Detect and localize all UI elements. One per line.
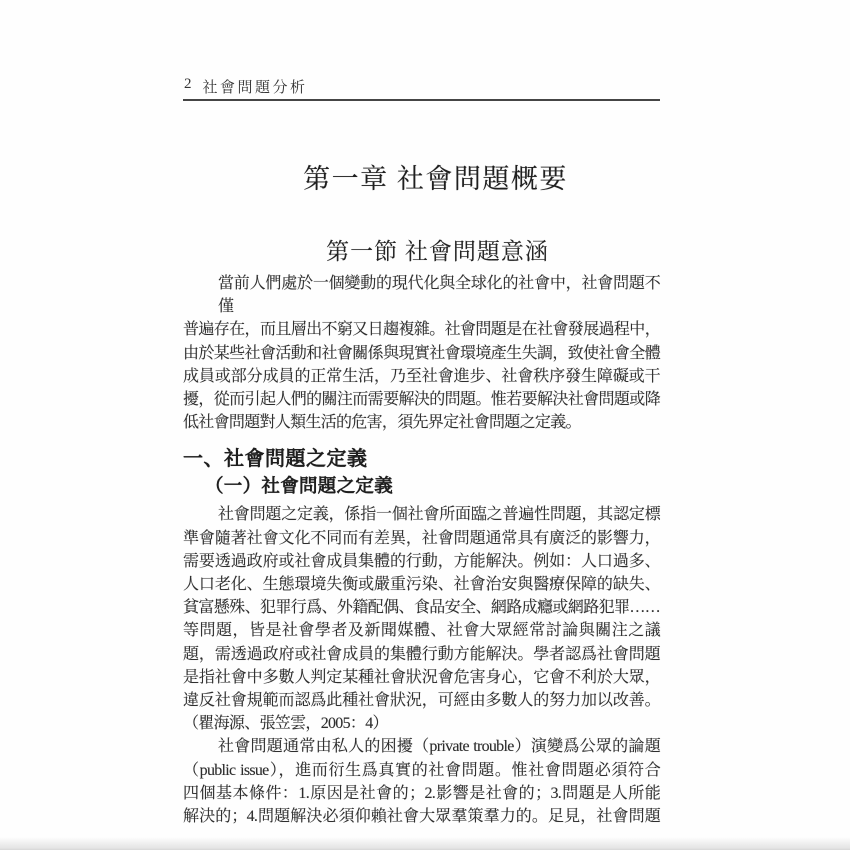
text-line: 成員或部分成員的正常生活，乃至社會進步、社會秩序發生障礙或干	[183, 365, 660, 388]
running-title: 社會問題分析	[203, 76, 308, 97]
paragraph: 當前人們處於一個變動的現代化與全球化的社會中，社會問題不僅普遍存在，而且層出不窮…	[183, 272, 660, 434]
text-line: 普遍存在，而且層出不窮又日趨複雜。社會問題是在社會發展過程中，	[183, 318, 660, 341]
text-line: 題，需透過政府或社會成員的集體行動方能解決。學者認爲社會問題	[183, 643, 660, 666]
chapter-title: 第一章 社會問題概要	[197, 157, 674, 196]
book-page: 2 社會問題分析 第一章 社會問題概要 第一節 社會問題意涵 當前人們處於一個變…	[0, 0, 850, 850]
text-line: （瞿海源、張笠雲，2005：4）	[183, 712, 660, 735]
text-line: 準會隨著社會文化不同而有差異，社會問題通常具有廣泛的影響力，	[183, 527, 660, 550]
text-line: 四個基本條件：1.原因是社會的；2.影響是社會的；3.問題是人所能	[183, 782, 660, 805]
text-line: 是指社會中多數人判定某種社會狀況會危害身心，它會不利於大眾，	[183, 666, 660, 689]
text-line: 社會問題之定義，係指一個社會所面臨之普遍性問題，其認定標	[183, 503, 660, 526]
text-line: 當前人們處於一個變動的現代化與全球化的社會中，社會問題不僅	[183, 272, 660, 318]
paragraph: 社會問題通常由私人的困擾（private trouble）演變爲公眾的論題（pu…	[183, 735, 660, 828]
list-heading: 一、社會問題之定義	[183, 446, 660, 473]
sub-heading: （一）社會問題之定義	[183, 476, 660, 499]
text-line: 由於某些社會活動和社會關係與現實社會環境產生失調，致使社會全體	[183, 342, 660, 365]
scan-artifact	[0, 837, 850, 850]
text-line: 貧富懸殊、犯罪行爲、外籍配偶、食品安全、網路成癮或網路犯罪……	[183, 596, 660, 619]
text-line: 需要透過政府或社會成員集體的行動，方能解決。例如：人口過多、	[183, 550, 660, 573]
text-line: 擾，從而引起人們的關注而需要解決的問題。惟若要解決社會問題或降	[183, 388, 660, 411]
page-number: 2	[184, 76, 193, 97]
paragraph: 社會問題之定義，係指一個社會所面臨之普遍性問題，其認定標準會隨著社會文化不同而有…	[183, 503, 660, 735]
running-header: 2 社會問題分析	[184, 76, 308, 97]
header-rule	[183, 99, 660, 101]
section-title: 第一節 社會問題意涵	[199, 233, 676, 266]
text-line: 等問題，皆是社會學者及新聞媒體、社會大眾經常討論與關注之議	[183, 619, 660, 642]
body-text: 當前人們處於一個變動的現代化與全球化的社會中，社會問題不僅普遍存在，而且層出不窮…	[183, 272, 660, 828]
text-line: 人口老化、生態環境失衡或嚴重污染、社會治安與醫療保障的缺失、	[183, 573, 660, 596]
text-line: 社會問題通常由私人的困擾（private trouble）演變爲公眾的論題	[183, 735, 660, 758]
text-line: 解決的；4.問題解決必須仰賴社會大眾羣策羣力的。足見，社會問題	[183, 805, 660, 828]
text-line: 低社會問題對人類生活的危害，須先界定社會問題之定義。	[183, 411, 660, 434]
text-line: 違反社會規範而認爲此種社會狀況，可經由多數人的努力加以改善。	[183, 689, 660, 712]
text-line: （public issue），進而衍生爲真實的社會問題。惟社會問題必須符合	[183, 759, 660, 782]
